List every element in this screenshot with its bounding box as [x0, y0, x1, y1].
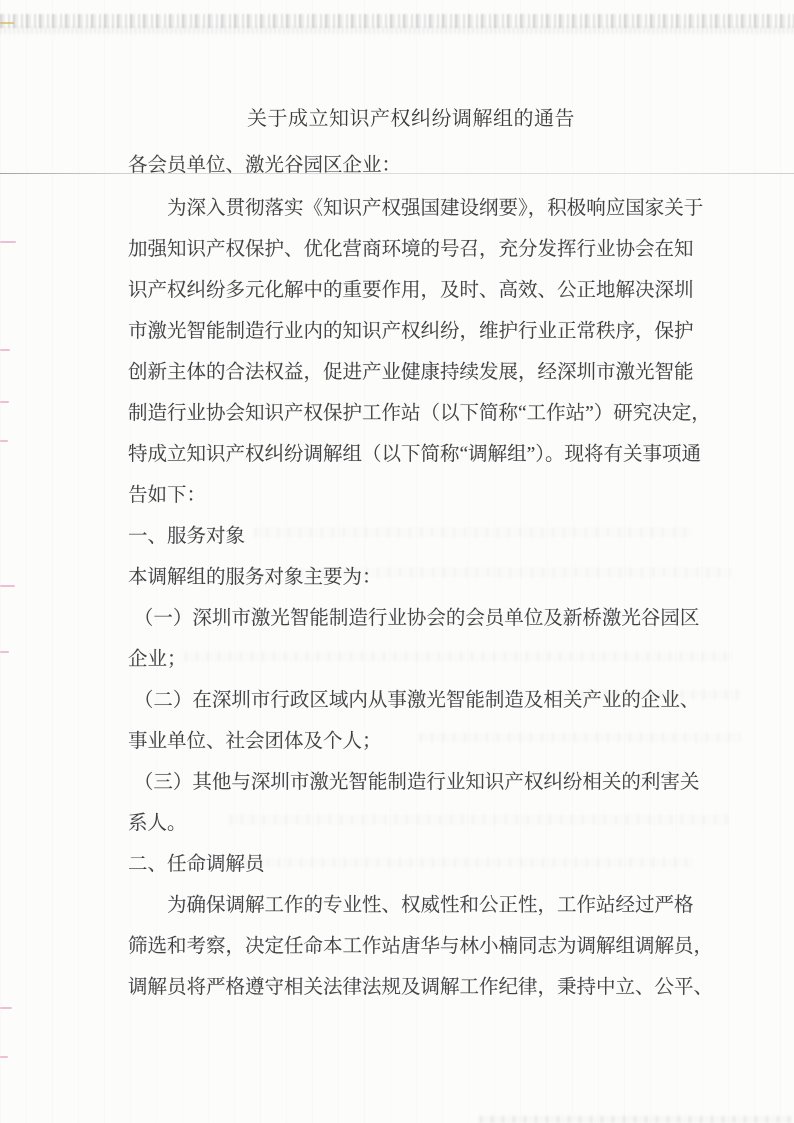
body-line: 为确保调解工作的专业性、权威性和公正性，工作站经过严格: [128, 885, 694, 926]
scan-mark-pink: [0, 440, 8, 442]
list-item-line: （三）其他与深圳市激光智能制造行业知识产权纠纷相关的利害关: [128, 762, 694, 803]
body-line: 特成立知识产权纠纷调解组（以下简称“调解组”）。现将有关事项通: [128, 434, 694, 475]
scan-artifact-bottom-edge: [480, 1116, 790, 1123]
list-item-line: （二）在深圳市行政区域内从事激光智能制造及相关产业的企业、: [128, 680, 694, 721]
scan-mark-pink: [0, 585, 15, 587]
document-page: 关于成立知识产权纠纷调解组的通告 各会员单位、激光谷园区企业： 为深入贯彻落实《…: [0, 0, 794, 1123]
scan-mark-pink: [0, 349, 10, 351]
document-body: 关于成立知识产权纠纷调解组的通告 各会员单位、激光谷园区企业： 为深入贯彻落实《…: [128, 0, 694, 1008]
scan-mark-pink: [0, 401, 9, 403]
body-line: 系人。: [128, 803, 694, 844]
body-line: 为深入贯彻落实《知识产权强国建设纲要》，积极响应国家关于: [128, 188, 694, 229]
body-line: 事业单位、社会团体及个人；: [128, 721, 694, 762]
scan-mark-pink: [0, 1007, 12, 1009]
list-item-line: （一）深圳市激光智能制造行业协会的会员单位及新桥激光谷园区: [128, 598, 694, 639]
body-line: 本调解组的服务对象主要为：: [128, 557, 694, 598]
body-line: 告如下：: [128, 475, 694, 516]
section-heading: 二、任命调解员: [128, 844, 694, 885]
section-heading: 一、服务对象: [128, 516, 694, 557]
body-line: 企业；: [128, 639, 694, 680]
body-line: 识产权纠纷多元化解中的重要作用，及时、高效、公正地解决深圳: [128, 270, 694, 311]
scan-mark-pink: [0, 651, 9, 653]
body-line: 创新主体的合法权益，促进产业健康持续发展，经深圳市激光智能: [128, 352, 694, 393]
scan-mark-yellow: [0, 22, 14, 24]
body-line: 市激光智能制造行业内的知识产权纠纷，维护行业正常秩序，保护: [128, 311, 694, 352]
body-line: 调解员将严格遵守相关法律法规及调解工作纪律，秉持中立、公平、: [128, 967, 694, 1008]
body-line: 筛选和考察，决定任命本工作站唐华与林小楠同志为调解组调解员，: [128, 926, 694, 967]
document-title: 关于成立知识产权纠纷调解组的通告: [128, 99, 694, 140]
body-line: 制造行业协会知识产权保护工作站（以下简称“工作站”）研究决定，: [128, 393, 694, 434]
body-line: 加强知识产权保护、优化营商环境的号召，充分发挥行业协会在知: [128, 229, 694, 270]
salutation-line: 各会员单位、激光谷园区企业：: [128, 145, 694, 186]
scan-mark-pink: [0, 241, 16, 243]
scan-mark-pink: [0, 1056, 8, 1058]
